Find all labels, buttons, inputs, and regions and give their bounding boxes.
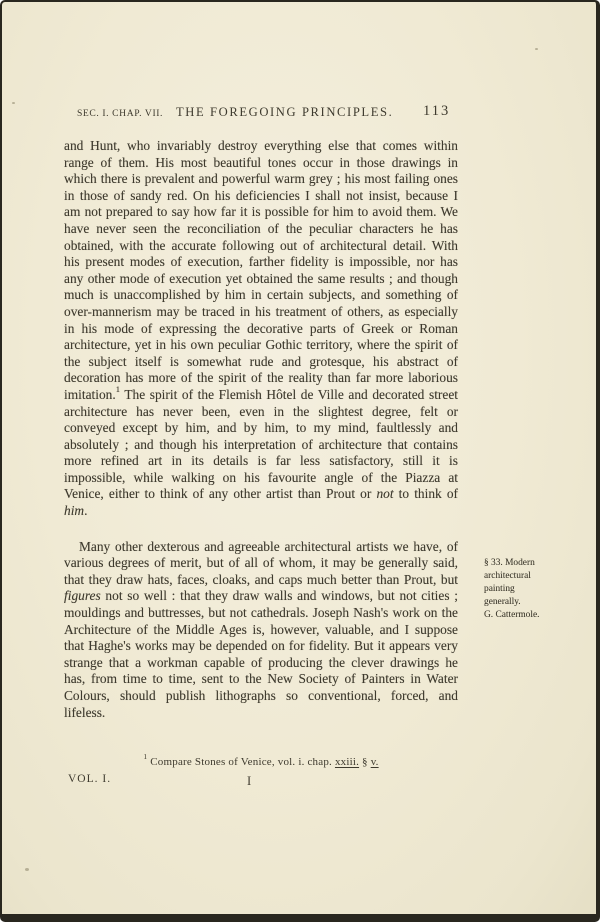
scan-speck <box>535 48 538 50</box>
scanned-page: SEC. I. CHAP. VII. THE FOREGOING PRINCIP… <box>0 0 600 922</box>
signature-mark: I <box>247 774 251 789</box>
paragraph: and Hunt, who invariably destroy everyth… <box>64 138 458 520</box>
scan-speck <box>12 102 15 104</box>
paragraph: Many other dexterous and agreeable archi… <box>64 539 458 722</box>
marginal-sidenote: § 33. Modernarchitecturalpaintinggeneral… <box>484 557 576 622</box>
footnote: 1 Compare Stones of Venice, vol. i. chap… <box>64 756 458 768</box>
page-number: 113 <box>423 103 450 120</box>
volume-label: VOL. I. <box>68 773 111 785</box>
running-head-title: THE FOREGOING PRINCIPLES. <box>176 105 393 120</box>
running-head-section: SEC. I. CHAP. VII. <box>77 108 163 119</box>
scan-speck <box>25 868 29 871</box>
body-text: and Hunt, who invariably destroy everyth… <box>64 138 458 721</box>
